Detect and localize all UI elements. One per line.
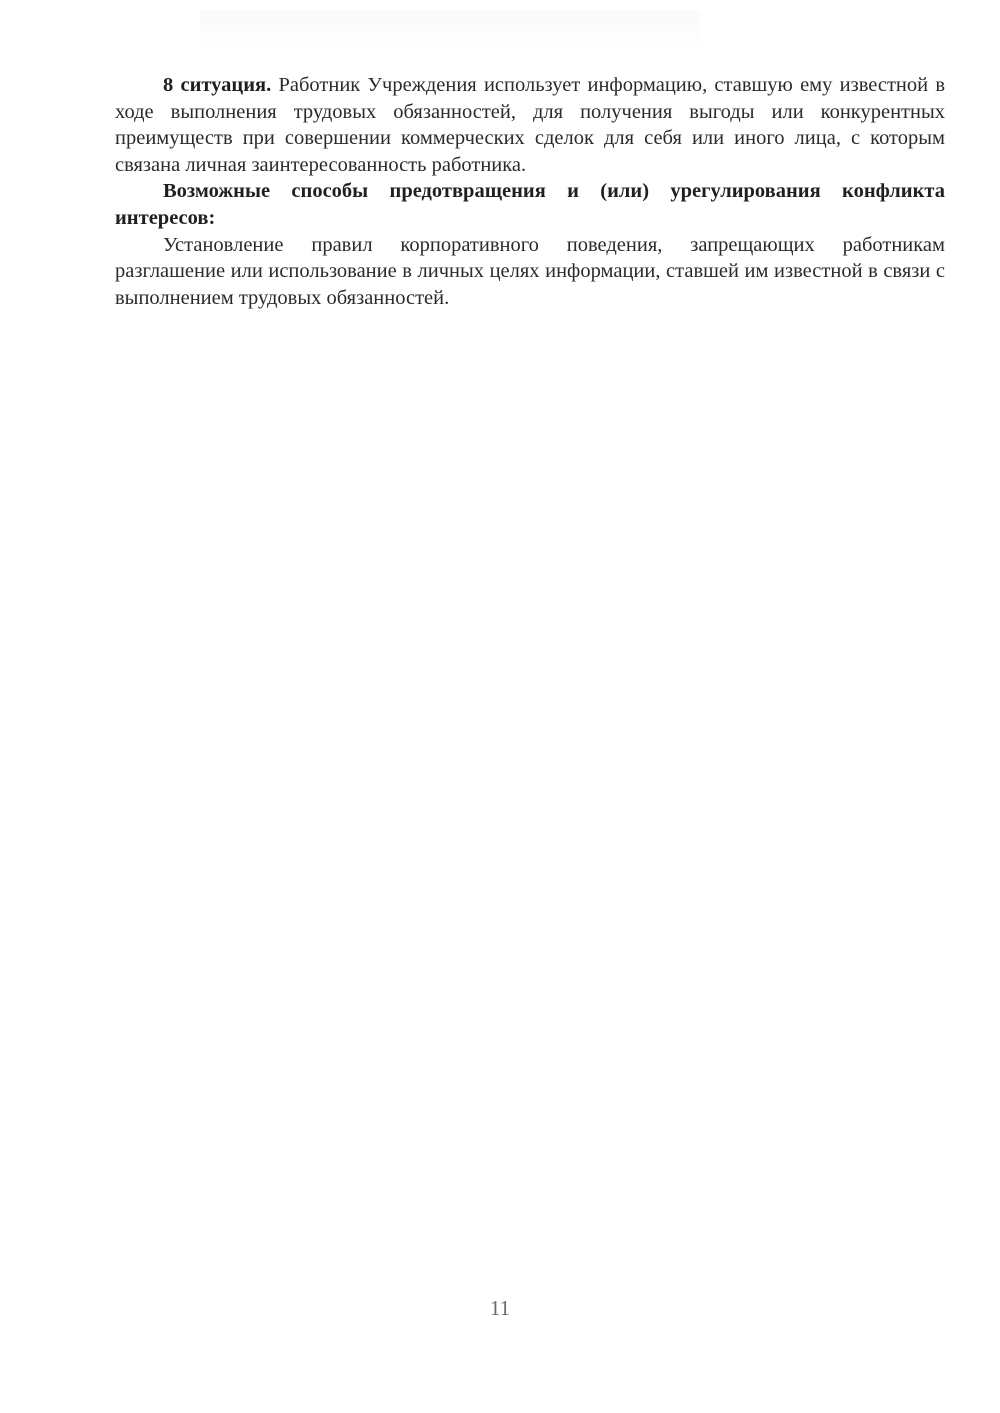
remedies-heading: Возможные способы предотвращения и (или)… <box>115 178 945 231</box>
situation-paragraph: 8 ситуация. Работник Учреждения использу… <box>115 72 945 178</box>
scan-bleed-through <box>200 10 700 50</box>
document-body: 8 ситуация. Работник Учреждения использу… <box>115 72 945 311</box>
situation-label: 8 ситуация. <box>163 74 271 96</box>
remedies-text: Установление правил корпоративного повед… <box>115 232 945 312</box>
page-number: 11 <box>0 1296 1000 1321</box>
